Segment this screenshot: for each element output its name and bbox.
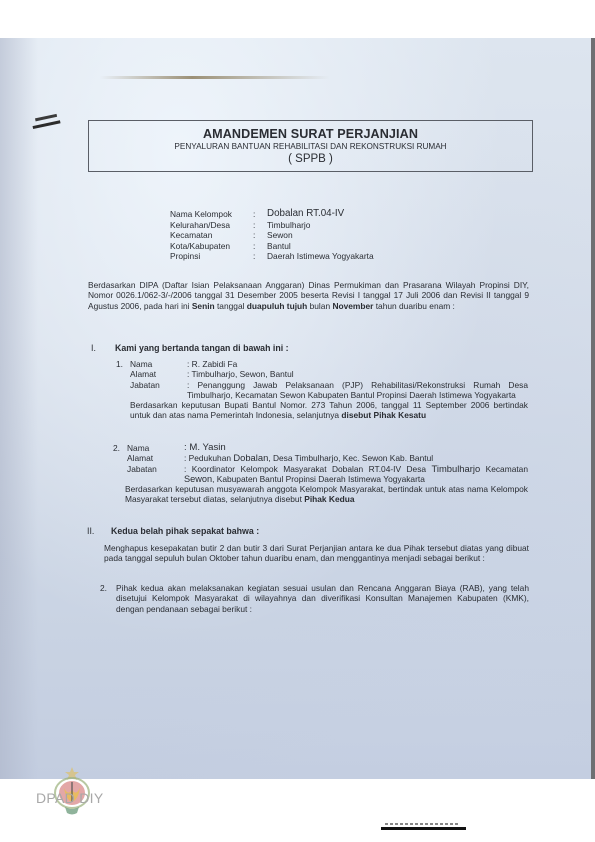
intro-month: November <box>332 301 373 311</box>
party-note: Berdasarkan keputusan musyawarah anggota… <box>125 484 528 505</box>
party-number: 2. <box>113 443 127 453</box>
info-value: Dobalan RT.04-IV <box>267 209 344 220</box>
party-position: : Koordinator Kelompok Masyarakat Dobala… <box>184 464 528 485</box>
party-1-block: 1. Nama : R. Zabidi Fa Alamat : Timbulha… <box>116 359 528 421</box>
field-label: Jabatan <box>130 380 187 401</box>
party-note: Berdasarkan keputusan Bupati Bantul Nomo… <box>130 400 528 421</box>
party-number: 1. <box>116 359 130 369</box>
note-bold: disebut Pihak Kesatu <box>341 410 426 420</box>
info-label: Kelurahan/Desa <box>170 220 253 231</box>
section-number: I. <box>91 343 96 353</box>
scanned-document-photo: AMANDEMEN SURAT PERJANJIAN PENYALURAN BA… <box>0 38 595 779</box>
info-row: Nama Kelompok : Dobalan RT.04-IV <box>170 209 374 220</box>
info-separator: : <box>253 241 267 252</box>
section-title: Kedua belah pihak sepakat bahwa : <box>111 526 259 536</box>
intro-date: duapuluh tujuh <box>247 301 307 311</box>
party-position: : Penanggung Jawab Pelaksanaan (PJP) Reh… <box>187 380 528 401</box>
paper-edge <box>100 76 330 79</box>
document-subtitle: PENYALURAN BANTUAN REHABILITASI DAN REKO… <box>89 142 532 151</box>
info-separator: : <box>253 209 267 220</box>
info-separator: : <box>253 220 267 231</box>
section-2-body: Menghapus kesepakatan butir 2 dan butir … <box>104 543 529 564</box>
info-value: Daerah Istimewa Yogyakarta <box>267 251 374 262</box>
intro-text: bulan <box>307 301 332 311</box>
item-number: 2. <box>100 583 116 614</box>
field-label: Jabatan <box>127 464 184 485</box>
document-code: ( SPPB ) <box>89 153 532 165</box>
field-label: Nama <box>130 359 187 369</box>
agreement-item: 2. Pihak kedua akan melaksanakan kegiata… <box>100 583 529 614</box>
info-separator: : <box>253 230 267 241</box>
group-info-table: Nama Kelompok : Dobalan RT.04-IV Kelurah… <box>170 209 374 262</box>
section-title: Kami yang bertanda tangan di bawah ini : <box>115 343 289 353</box>
footer-signature-line <box>381 827 466 830</box>
intro-text: tahun duaribu enam : <box>373 301 454 311</box>
document-title: AMANDEMEN SURAT PERJANJIAN <box>89 127 532 141</box>
info-label: Propinsi <box>170 251 253 262</box>
info-label: Kecamatan <box>170 230 253 241</box>
note-bold: Pihak Kedua <box>304 494 354 504</box>
field-label: Alamat <box>127 453 184 463</box>
info-value: Bantul <box>267 241 291 252</box>
section-number: II. <box>87 526 94 536</box>
field-label: Alamat <box>130 369 187 379</box>
intro-text: tanggal <box>215 301 247 311</box>
info-label: Nama Kelompok <box>170 209 253 220</box>
party-2-block: 2. Nama : M. Yasin Alamat : Pedukuhan Do… <box>113 443 528 505</box>
info-label: Kota/Kabupaten <box>170 241 253 252</box>
note-text: Berdasarkan keputusan Bupati Bantul Nomo… <box>130 400 528 420</box>
party-name: : R. Zabidi Fa <box>187 359 528 369</box>
intro-day: Senin <box>192 301 215 311</box>
info-value: Sewon <box>267 230 293 241</box>
field-label: Nama <box>127 443 184 453</box>
info-row: Kecamatan : Sewon <box>170 230 374 241</box>
item-text: Pihak kedua akan melaksanakan kegiatan s… <box>116 583 529 614</box>
info-row: Kelurahan/Desa : Timbulharjo <box>170 220 374 231</box>
info-value: Timbulharjo <box>267 220 310 231</box>
intro-paragraph: Berdasarkan DIPA (Daftar Isian Pelaksana… <box>88 280 529 311</box>
document-header-box: AMANDEMEN SURAT PERJANJIAN PENYALURAN BA… <box>88 120 533 172</box>
party-address: : Timbulharjo, Sewon, Bantul <box>187 369 528 379</box>
footer-watermark: DPAD DIY <box>36 790 104 806</box>
info-separator: : <box>253 251 267 262</box>
info-row: Propinsi : Daerah Istimewa Yogyakarta <box>170 251 374 262</box>
staple-icon <box>31 113 63 131</box>
info-row: Kota/Kabupaten : Bantul <box>170 241 374 252</box>
